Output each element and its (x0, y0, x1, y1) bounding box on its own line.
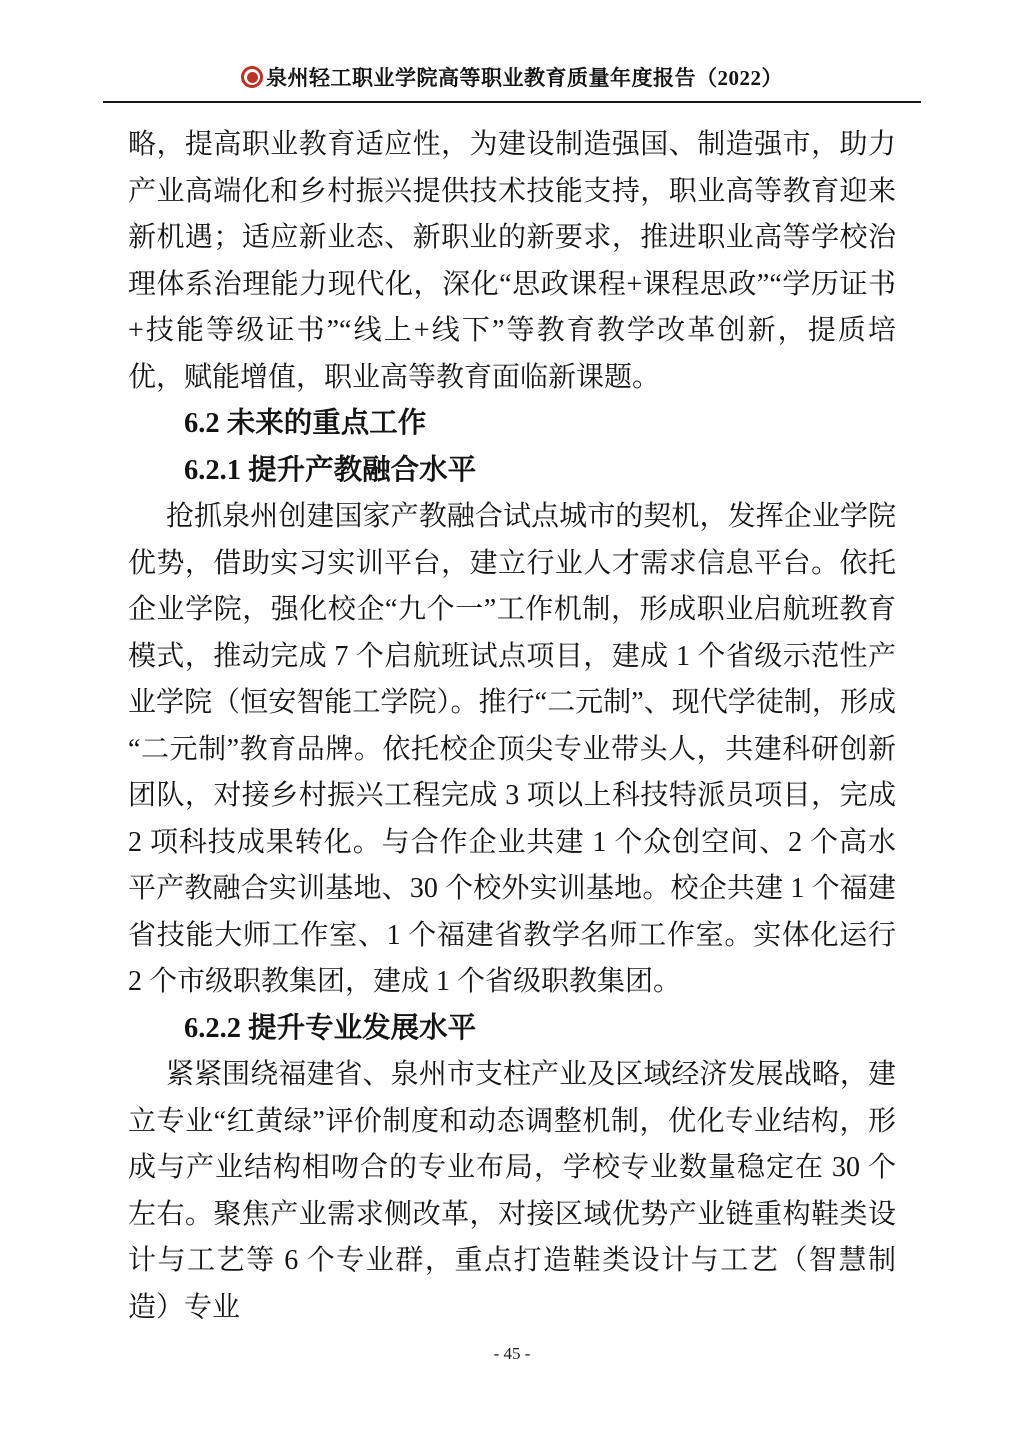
document-page: 泉州轻工职业学院高等职业教育质量年度报告（2022） 略，提高职业教育适应性，为… (0, 0, 1024, 1447)
subsection-heading-6-2-2: 6.2.2 提升专业发展水平 (128, 1006, 896, 1053)
page-number: - 45 - (494, 1344, 531, 1363)
college-seal-icon (241, 66, 263, 88)
paragraph-major-development: 紧紧围绕福建省、泉州市支柱产业及区域经济发展战略，建立专业“红黄绿”评价制度和动… (128, 1052, 896, 1331)
header-title: 泉州轻工职业学院高等职业教育质量年度报告（2022） (266, 62, 783, 92)
page-footer: - 45 - (0, 1344, 1024, 1364)
college-seal-core (247, 72, 258, 83)
paragraph-industry-education-integration: 抢抓泉州创建国家产教融合试点城市的契机，发挥企业学院优势，借助实习实训平台，建立… (128, 494, 896, 1006)
section-heading-6-2: 6.2 未来的重点工作 (128, 401, 896, 448)
paragraph-continuation: 略，提高职业教育适应性，为建设制造强国、制造强市，助力产业高端化和乡村振兴提供技… (128, 122, 896, 401)
page-header: 泉州轻工职业学院高等职业教育质量年度报告（2022） (103, 62, 921, 103)
document-body: 略，提高职业教育适应性，为建设制造强国、制造强市，助力产业高端化和乡村振兴提供技… (128, 122, 896, 1331)
subsection-heading-6-2-1: 6.2.1 提升产教融合水平 (128, 448, 896, 495)
